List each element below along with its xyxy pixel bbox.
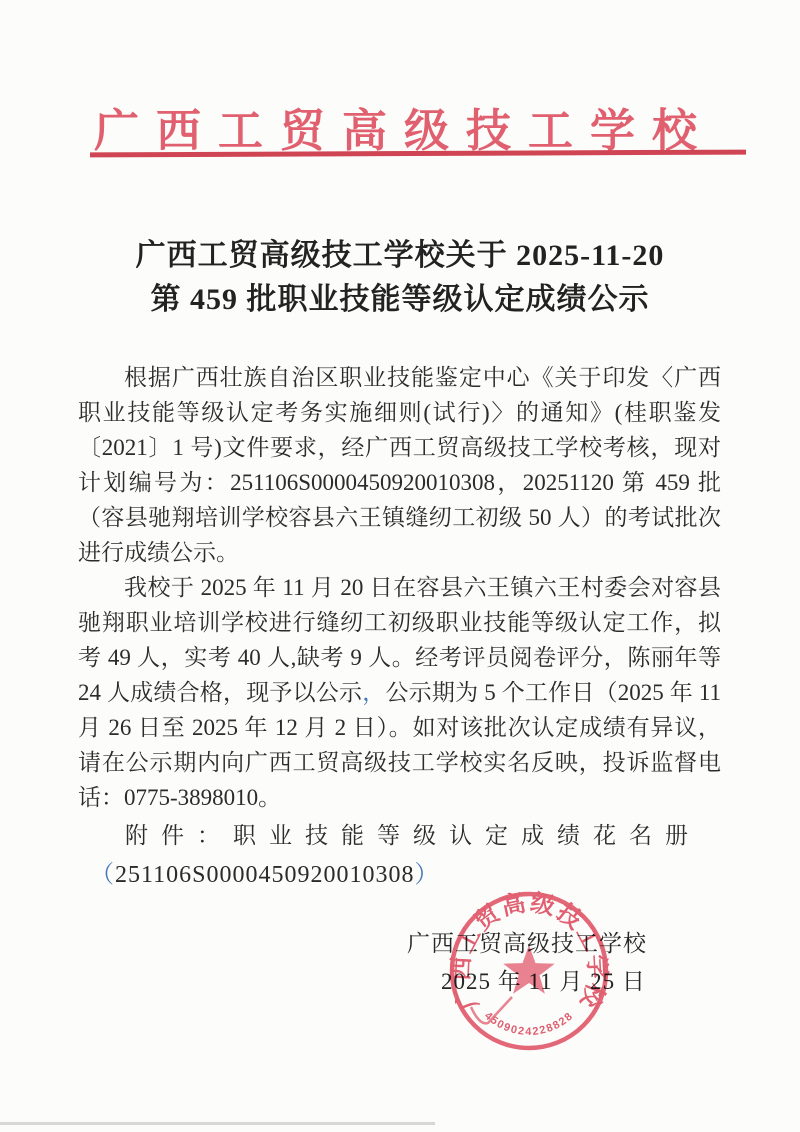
document-title-line1: 广西工贸高级技工学校关于 2025-11-20: [0, 234, 800, 278]
scan-edge-shadow: [0, 1122, 435, 1125]
document-title: 广西工贸高级技工学校关于 2025-11-20 第 459 批职业技能等级认定成…: [0, 234, 800, 322]
body-text: 根据广西壮族自治区职业技能鉴定中心《关于印发〈广西职业技能等级认定考务实施细则(…: [78, 360, 721, 815]
attachment-code: 251106S0000450920010308: [115, 862, 414, 888]
document-title-line2: 第 459 批职业技能等级认定成绩公示: [0, 278, 800, 322]
official-seal: 广西工贸高级技工学校 4509024228828: [446, 887, 612, 1055]
attachment-label: 附件：职业技能等级认定成绩花名册: [78, 818, 721, 854]
attachment-code-line: （251106S0000450920010308）: [78, 857, 721, 893]
attachment-paren-close: ）: [414, 862, 439, 888]
document-page: 广西工贸高级技工学校 广西工贸高级技工学校关于 2025-11-20 第 459…: [0, 0, 800, 1132]
paragraph-2: 我校于 2025 年 11 月 20 日在容县六王镇六王村委会对容县驰翔职业培训…: [78, 570, 721, 815]
paragraph-1: 根据广西壮族自治区职业技能鉴定中心《关于印发〈广西职业技能等级认定考务实施细则(…: [78, 360, 721, 570]
attachment-section: 附件：职业技能等级认定成绩花名册 （251106S000045092001030…: [78, 818, 721, 893]
paragraph-2-blue-comma: ，: [362, 680, 385, 705]
attachment-paren-open: （: [90, 862, 115, 888]
seal-star: [503, 945, 554, 994]
